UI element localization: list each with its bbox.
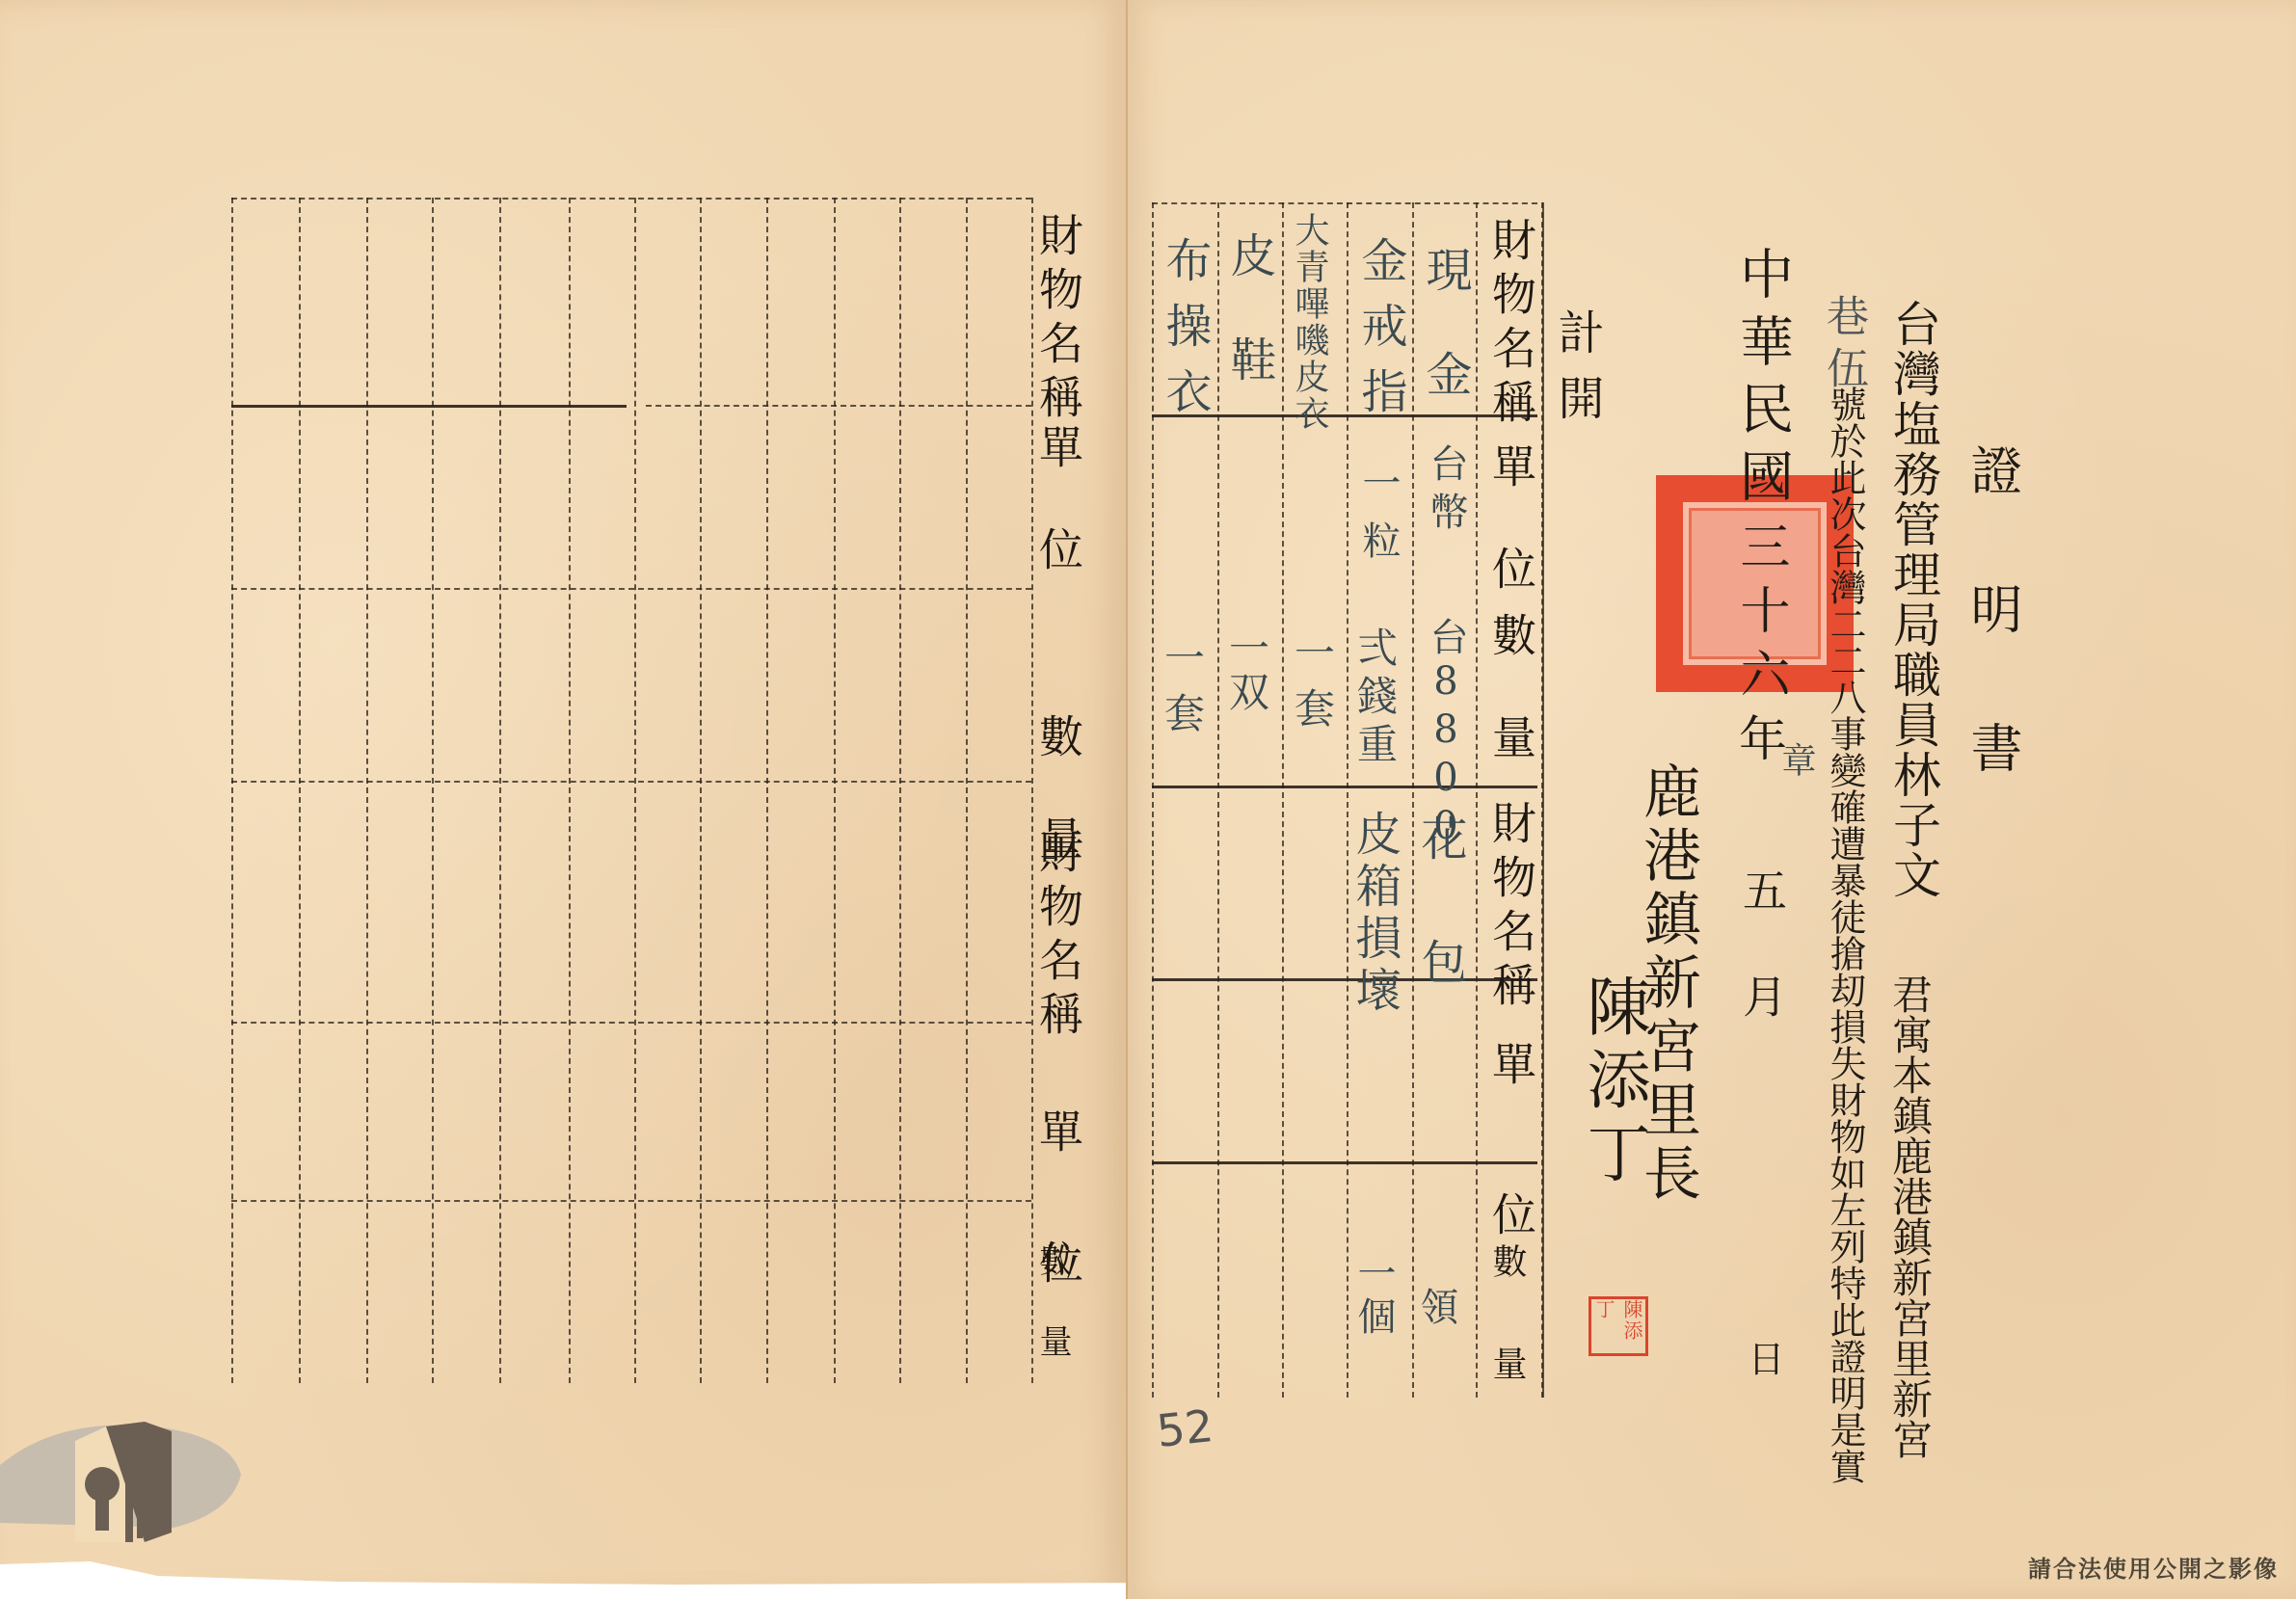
date-year: 三十六 xyxy=(1735,520,1785,711)
list-heading: 計開 xyxy=(1554,308,1600,440)
margin-note: 章 xyxy=(1778,742,1813,786)
table-header-quantity: 數量 xyxy=(1489,612,1534,816)
left-header-unit: 單位 xyxy=(1036,424,1081,628)
date-month: 五 xyxy=(1740,867,1784,921)
item-name-cash: 現金 xyxy=(1422,246,1468,454)
left-page: 財物名稱 單位 數量 財物名稱 單位 數量 xyxy=(0,0,1128,1599)
item-unit-cash: 台幣 xyxy=(1427,443,1465,540)
left-page-grid xyxy=(231,198,1031,1383)
archive-book-keyhole-logo xyxy=(0,1407,241,1542)
body-line-1: 台灣塩務管理局職員林子文 xyxy=(1889,299,1937,900)
item-name-cloth-uniform: 布操衣 xyxy=(1161,236,1208,433)
item-qty-flower-bag: 領 xyxy=(1417,1287,1455,1335)
date-day-suffix: 日 xyxy=(1745,1340,1781,1386)
left-header-name: 財物名稱 xyxy=(1036,212,1081,428)
body-prefix: 巷伍 xyxy=(1822,294,1864,398)
item-qty-gold-ring: 弍錢重 xyxy=(1354,626,1395,771)
item-name-leather-shoes: 皮鞋 xyxy=(1226,231,1272,440)
item-qty-serge-coat: 一套 xyxy=(1292,631,1332,743)
item-unit-broken-suitcase: 個 xyxy=(1354,1296,1393,1345)
date-month-suffix: 月 xyxy=(1740,973,1784,1027)
item-qty-leather-shoes: 一双 xyxy=(1226,626,1267,715)
body-line-2: 號於此次台灣二二八事變確遭暴徒搶刧損失財物如左列特此證明是實 xyxy=(1827,386,1863,1484)
date-era: 中華民國 xyxy=(1735,246,1789,516)
page-number: 52 xyxy=(1154,1399,1215,1457)
torn-edge xyxy=(0,1541,1126,1599)
item-qty-cloth-uniform: 一套 xyxy=(1161,636,1202,748)
item-name-flower-bag: 花包 xyxy=(1417,814,1463,1061)
left-header-name-2: 財物名稱 xyxy=(1036,829,1081,1045)
left-header-quantity-2: 數量 xyxy=(1036,1243,1069,1405)
item-qty-broken-suitcase: 一 xyxy=(1354,1253,1393,1301)
table-header-name: 財物名稱 xyxy=(1489,217,1534,433)
table-header-quantity-2: 數量 xyxy=(1489,1243,1524,1448)
table-header-name-2: 財物名稱 xyxy=(1489,800,1534,1016)
item-name-serge-coat: 大青嗶嘰皮衣 xyxy=(1292,212,1326,432)
issuer-name: 陳添丁 xyxy=(1581,973,1644,1193)
item-unit-gold-ring: 一粒 xyxy=(1359,463,1398,578)
item-name-broken-suitcase: 皮箱損壞 xyxy=(1351,810,1398,1018)
document-title: 證明書 xyxy=(1966,443,2018,860)
body-line-1b: 君寓本鎮鹿港鎮新宮里新宮 xyxy=(1889,973,1930,1459)
usage-watermark: 請合法使用公開之影像 xyxy=(2028,1550,2279,1584)
item-name-gold-ring: 金戒指 xyxy=(1357,236,1403,433)
personal-seal: 陳添丁 xyxy=(1589,1296,1648,1356)
